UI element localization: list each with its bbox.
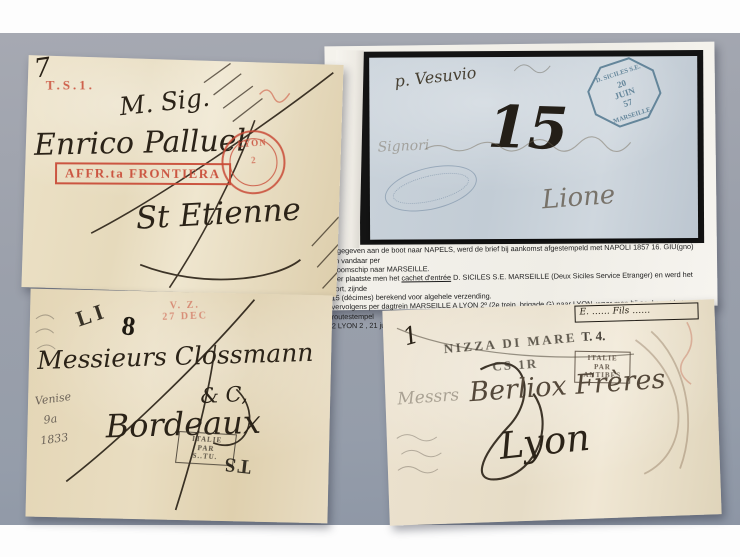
letter-lyon-st-etienne: 7 T.S.1. M. Sig. Enrico Palluel AFFR.ta … [21,55,343,297]
red-transit-line2: 27 DEC [162,310,208,322]
octagon-datestamp-marseille: D. SICILES S.E. 20 JUIN 57 MARSEILLE [579,48,671,136]
destination-lyon: Lyon [497,419,591,465]
destination-st-etienne: St Etienne [135,195,302,235]
red-rate-handstamp: T.S.1. [46,78,95,91]
letter-marseille-blue: p. Vesuvio D. SICILES S.E. 20 JUIN 57 MA… [369,56,698,240]
ts-handstamp: TS [222,454,252,477]
pen-scribble [514,65,550,73]
letter-nizza-lyon: E. …… Fils …… 1 NIZZA DI MARE T. 4. CS 1… [382,299,721,525]
red-pen-squiggle [259,90,289,103]
boxed-merchant-cachet: E. …… Fils …… [574,302,698,322]
pencil-note: Venise 9a 1833 [34,387,78,451]
address-name: Messieurs Clossmann [37,340,314,373]
rate-8-handstamp: 8 [120,312,137,340]
octagon-year: 57 [622,97,634,109]
address-salutation: M. Sig. [118,85,211,120]
gray-backdrop: brief van R afgegeven aan de boot naar N… [0,33,740,525]
faded-scribble [397,433,442,474]
letter-venice-bordeaux: LI 8 V. Z. 27 DEC Messieurs Clossmann & … [25,289,332,524]
oval-merchant-cachet [380,157,481,219]
tax-4-handstamp: T. 4. [581,329,605,343]
nizza-route-stamp-line2: CS 1R [492,357,539,373]
address-name: Enrico Palluel [34,126,247,160]
faded-red-squiggle [679,322,693,384]
nizza-route-stamp-line1: NIZZA DI MARE [443,331,577,356]
pencil-scribble [35,315,56,349]
hatch-scribble [203,63,264,123]
cachet-text: E. …… Fils …… [575,303,697,319]
photo-of-postal-covers: brief van R afgegeven aan de boot naar N… [0,0,740,557]
destination-lione: Lione [541,182,616,213]
caption-underlined-term: cachet d'entrée [401,273,451,283]
pen-numeral: 1 [400,322,421,349]
faded-pen-loops [635,330,690,474]
ship-route-note: p. Vesuvio [394,65,478,90]
red-transit-stamp: V. Z. 27 DEC [162,299,208,322]
affr-frontiera-handstamp: AFFR.ta FRONTIERA [55,162,231,185]
black-mount-card: p. Vesuvio D. SICILES S.E. 20 JUIN 57 MA… [359,50,704,245]
pencil-line3: 1833 [39,427,78,452]
address-salutation-faded: Messrs [397,387,460,408]
album-sheet: brief van R afgegeven aan de boot naar N… [324,42,717,311]
faded-address-start: Signori [377,139,429,155]
rate-marking-15: 15 [487,98,569,158]
underline-flourish [140,255,301,282]
li-handstamp: LI [73,300,110,331]
